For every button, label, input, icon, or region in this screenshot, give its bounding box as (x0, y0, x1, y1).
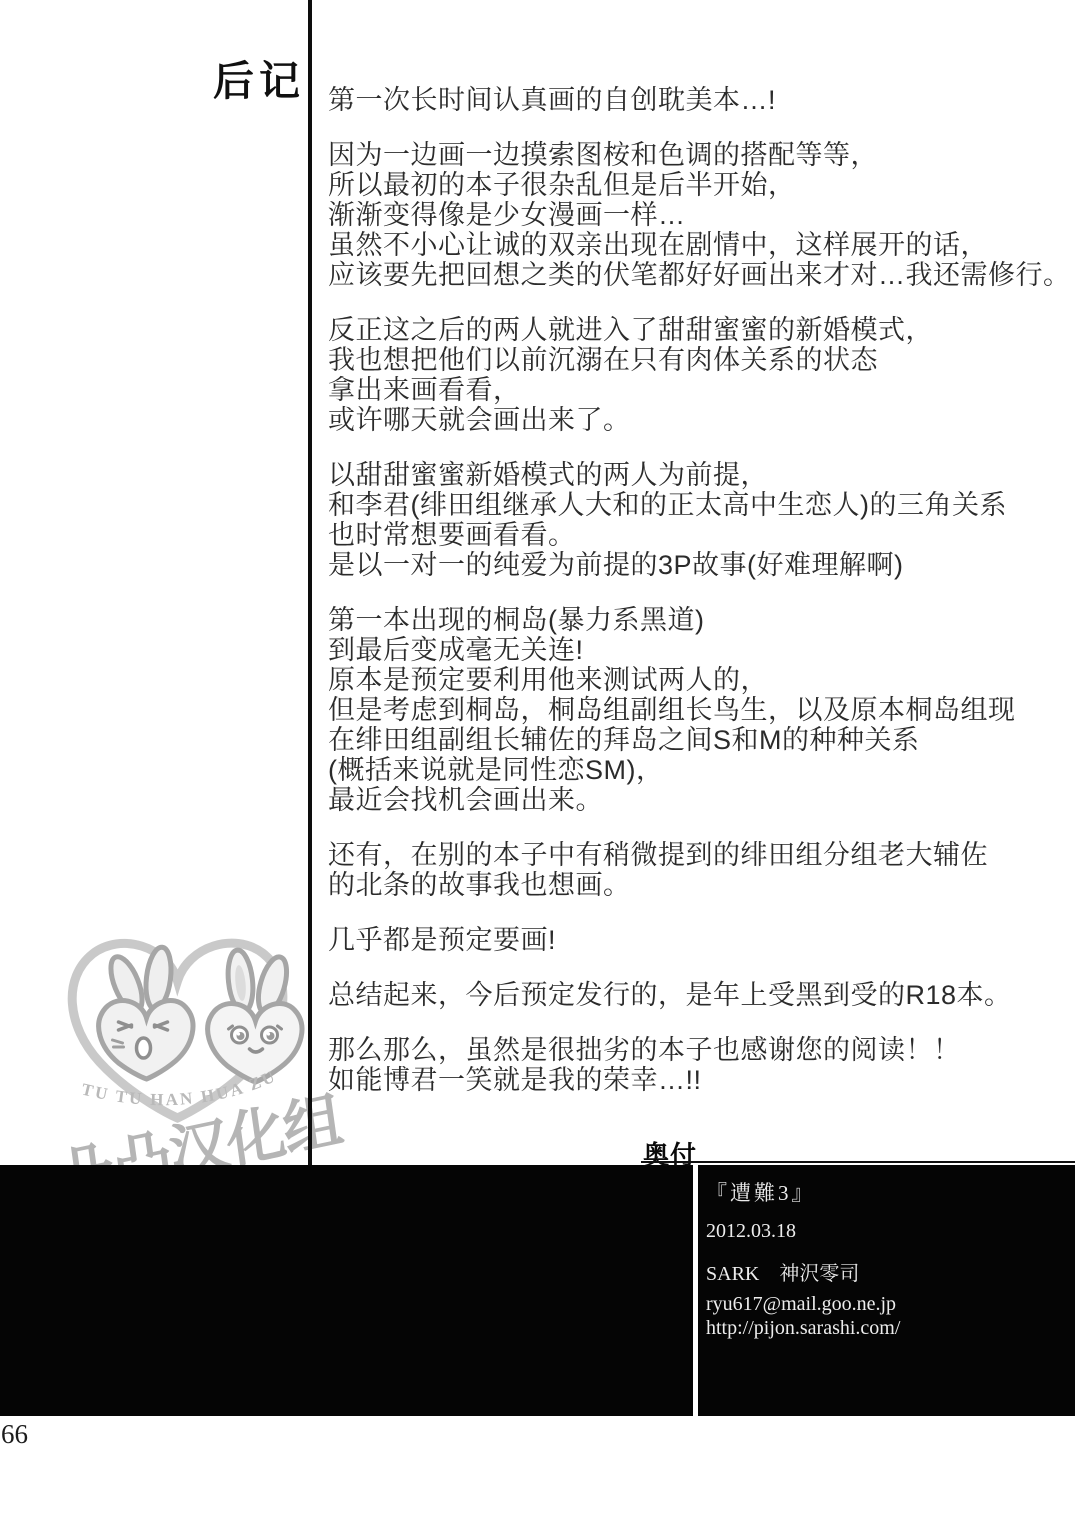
circle-author: SARK 神沢零司 (706, 1257, 859, 1286)
afterword-line: 最近会找机会画出来。 (328, 785, 1073, 815)
afterword-line: 如能博君一笑就是我的荣幸…!! (328, 1065, 1073, 1095)
afterword-body: 第一次长时间认真画的自创耽美本…!因为一边画一边摸索图桉和色调的搭配等等，所以最… (328, 85, 1073, 1120)
colophon-header: 奥付 (643, 1135, 697, 1172)
translation-group-watermark: TU TU HAN HUA ZU 凸凸汉化组 (50, 926, 365, 1191)
afterword-paragraph: 第一本出现的桐岛(暴力系黑道)到最后变成毫无关连!原本是预定要利用他来测试两人的… (328, 605, 1073, 815)
afterword-line: 因为一边画一边摸索图桉和色调的搭配等等， (328, 140, 1073, 170)
afterword-line: 那么那么，虽然是很拙劣的本子也感谢您的阅读！！ (328, 1035, 1073, 1065)
afterword-line: 第一次长时间认真画的自创耽美本…! (328, 85, 1073, 115)
book-title: 『遭難3』 (706, 1177, 816, 1207)
afterword-line: 虽然不小心让诚的双亲出现在剧情中，这样展开的话， (328, 230, 1073, 260)
afterword-line: 应该要先把回想之类的伏笔都好好画出来才对…我还需修行。 (328, 260, 1073, 290)
afterword-line: 渐渐变得像是少女漫画一样… (328, 200, 1073, 230)
website-url: http://pijon.sarashi.com/ (706, 1317, 900, 1340)
afterword-line: 但是考虑到桐岛，桐岛组副组长鸟生，以及原本桐岛组现 (328, 695, 1073, 725)
afterword-paragraph: 以甜甜蜜蜜新婚模式的两人为前提，和李君(绯田组继承人大和的正太高中生恋人)的三角… (328, 460, 1073, 580)
release-date: 2012.03.18 (706, 1220, 796, 1243)
afterword-line: 所以最初的本子很杂乱但是后半开始， (328, 170, 1073, 200)
afterword-paragraph: 第一次长时间认真画的自创耽美本…! (328, 85, 1073, 115)
colophon-panel: 『遭難3』 2012.03.18 SARK 神沢零司 ryu617@mail.g… (0, 1165, 1075, 1416)
afterword-line: 在绯田组副组长辅佐的拜岛之间S和M的种种关系 (328, 725, 1073, 755)
bunny-wink-icon (99, 946, 193, 1079)
afterword-line: (概括来说就是同性恋SM)， (328, 755, 1073, 785)
afterword-line: 我也想把他们以前沉溺在只有肉体关系的状态 (328, 345, 1073, 375)
scanned-afterword-page: { "page": { "number": "66" }, "afterword… (0, 0, 1075, 1518)
afterword-paragraph: 因为一边画一边摸索图桉和色调的搭配等等，所以最初的本子很杂乱但是后半开始，渐渐变… (328, 140, 1073, 290)
afterword-line: 的北条的故事我也想画。 (328, 870, 1073, 900)
afterword-paragraph: 那么那么，虽然是很拙劣的本子也感谢您的阅读！！如能博君一笑就是我的荣幸…!! (328, 1035, 1073, 1095)
afterword-line: 拿出来画看看， (328, 375, 1073, 405)
bunny-smile-icon (208, 949, 302, 1082)
afterword-line: 反正这之后的两人就进入了甜甜蜜蜜的新婚模式， (328, 315, 1073, 345)
afterword-line: 总结起来，今后预定发行的，是年上受黑到受的R18本。 (328, 980, 1073, 1010)
contact-email: ryu617@mail.goo.ne.jp (706, 1293, 896, 1316)
colophon-divider-line (693, 1165, 698, 1416)
afterword-title: 后记 (213, 48, 305, 107)
afterword-line: 以甜甜蜜蜜新婚模式的两人为前提， (328, 460, 1073, 490)
afterword-line: 或许哪天就会画出来了。 (328, 405, 1073, 435)
afterword-line: 是以一对一的纯爱为前提的3P故事(好难理解啊) (328, 550, 1073, 580)
vertical-divider-line (308, 0, 312, 1165)
afterword-line: 还有，在别的本子中有稍微提到的绯田组分组老大辅佐 (328, 840, 1073, 870)
afterword-line: 几乎都是预定要画! (328, 925, 1073, 955)
afterword-paragraph: 几乎都是预定要画! (328, 925, 1073, 955)
afterword-paragraph: 总结起来，今后预定发行的，是年上受黑到受的R18本。 (328, 980, 1073, 1010)
afterword-line: 到最后变成毫无关连! (328, 635, 1073, 665)
afterword-paragraph: 反正这之后的两人就进入了甜甜蜜蜜的新婚模式，我也想把他们以前沉溺在只有肉体关系的… (328, 315, 1073, 435)
afterword-line: 和李君(绯田组继承人大和的正太高中生恋人)的三角关系 (328, 490, 1073, 520)
page-number: 66 (1, 1419, 28, 1450)
afterword-line: 第一本出现的桐岛(暴力系黑道) (328, 605, 1073, 635)
afterword-line: 也时常想要画看看。 (328, 520, 1073, 550)
colophon-underline (641, 1161, 1075, 1163)
afterword-line: 原本是预定要利用他来测试两人的， (328, 665, 1073, 695)
afterword-paragraph: 还有，在别的本子中有稍微提到的绯田组分组老大辅佐的北条的故事我也想画。 (328, 840, 1073, 900)
